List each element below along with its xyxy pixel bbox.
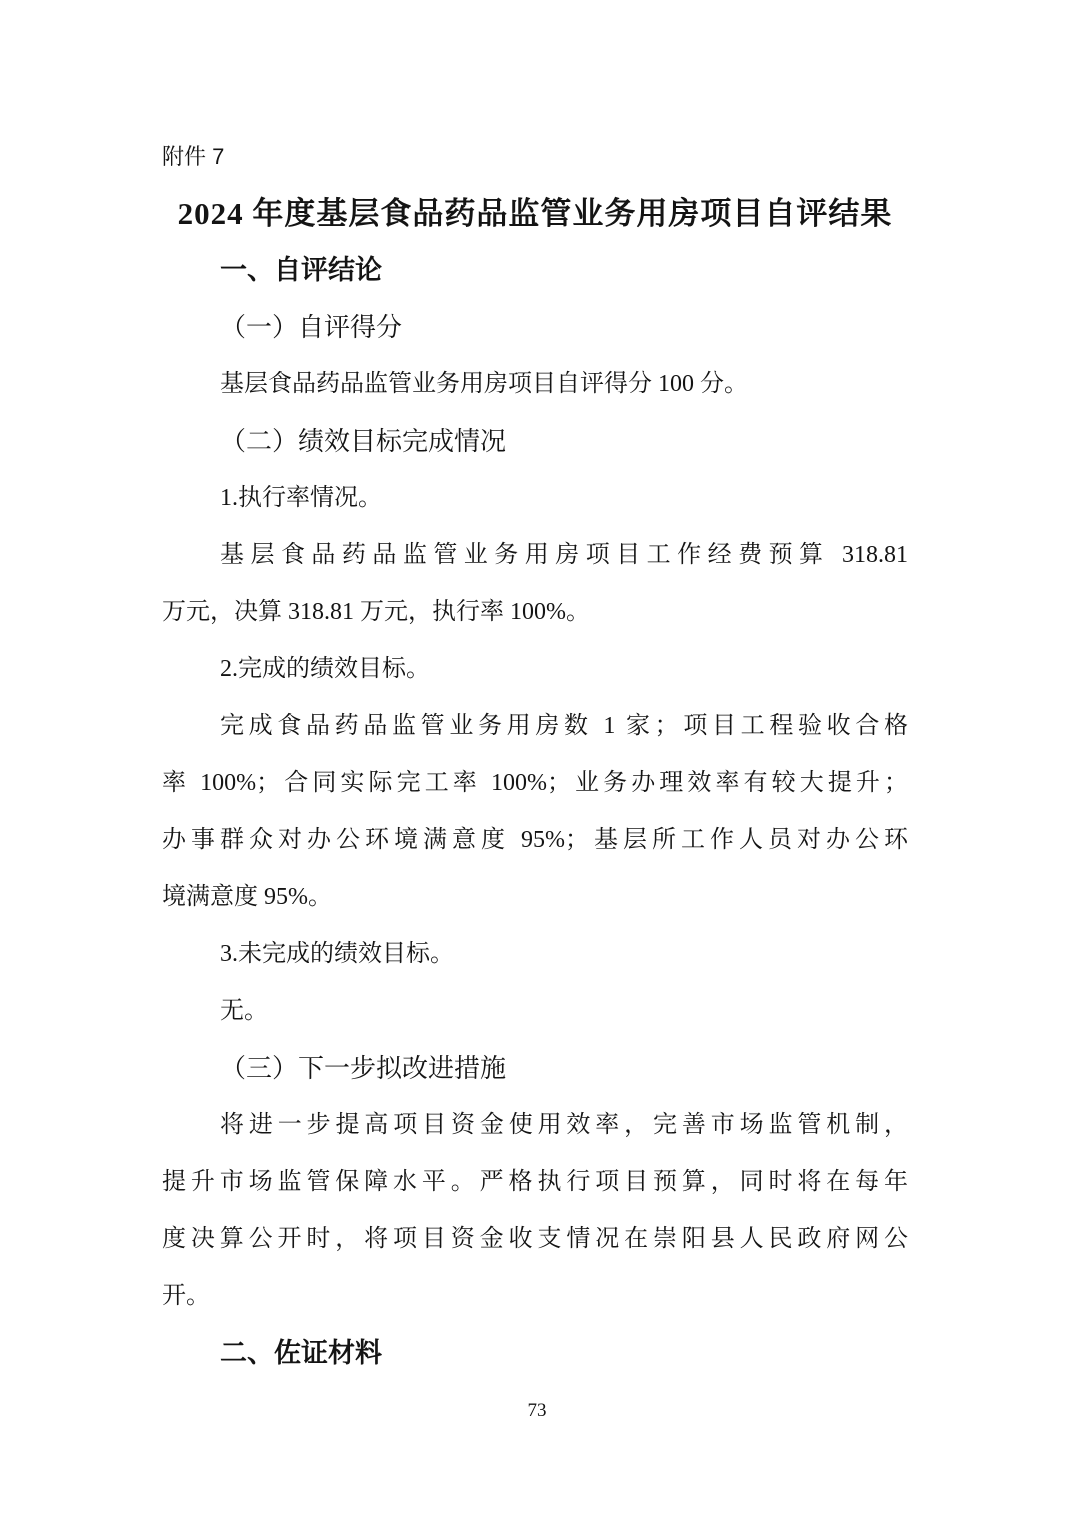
heading-supporting-materials: 二、佐证材料 bbox=[162, 1325, 908, 1382]
page-number: 73 bbox=[0, 1400, 1074, 1422]
subheading-improvement-measures: （三）下一步拟改进措施 bbox=[162, 1040, 908, 1097]
paragraph-completed-targets-line-4: 境满意度 95%。 bbox=[162, 869, 908, 926]
paragraph-improvement-line-4: 开。 bbox=[162, 1268, 908, 1325]
paragraph-completed-targets-label: 2.完成的绩效目标。 bbox=[162, 641, 908, 698]
paragraph-none: 无。 bbox=[162, 983, 908, 1040]
paragraph-improvement-line-1: 将进一步提高项目资金使用效率，完善市场监管机制， bbox=[162, 1097, 908, 1154]
paragraph-budget-line-2: 万元，决算 318.81 万元，执行率 100%。 bbox=[162, 584, 908, 641]
subheading-performance-target-completion: （二）绩效目标完成情况 bbox=[162, 413, 908, 470]
paragraph-improvement-line-3: 度决算公开时，将项目资金收支情况在崇阳县人民政府网公 bbox=[162, 1211, 908, 1268]
paragraph-completed-targets-line-2: 率 100%；合同实际完工率 100%；业务办理效率有较大提升； bbox=[162, 755, 908, 812]
paragraph-execution-rate-label: 1.执行率情况。 bbox=[162, 470, 908, 527]
document-page: 附件 7 2024 年度基层食品药品监管业务用房项目自评结果 一、自评结论 （一… bbox=[0, 0, 1074, 1520]
paragraph-completed-targets-line-3: 办事群众对办公环境满意度 95%；基层所工作人员对办公环 bbox=[162, 812, 908, 869]
paragraph-uncompleted-targets-label: 3.未完成的绩效目标。 bbox=[162, 926, 908, 983]
paragraph-completed-targets-line-1: 完成食品药品监管业务用房数 1 家；项目工程验收合格 bbox=[162, 698, 908, 755]
paragraph-improvement-line-2: 提升市场监管保障水平。严格执行项目预算，同时将在每年 bbox=[162, 1154, 908, 1211]
attachment-label: 附件 7 bbox=[162, 128, 908, 185]
heading-self-evaluation-conclusion: 一、自评结论 bbox=[162, 242, 908, 299]
document-body: 附件 7 2024 年度基层食品药品监管业务用房项目自评结果 一、自评结论 （一… bbox=[162, 128, 908, 1382]
paragraph-budget-line-1: 基层食品药品监管业务用房项目工作经费预算 318.81 bbox=[162, 527, 908, 584]
subheading-self-evaluation-score: （一）自评得分 bbox=[162, 299, 908, 356]
document-title: 2024 年度基层食品药品监管业务用房项目自评结果 bbox=[162, 185, 908, 242]
paragraph-score-statement: 基层食品药品监管业务用房项目自评得分 100 分。 bbox=[162, 356, 908, 413]
